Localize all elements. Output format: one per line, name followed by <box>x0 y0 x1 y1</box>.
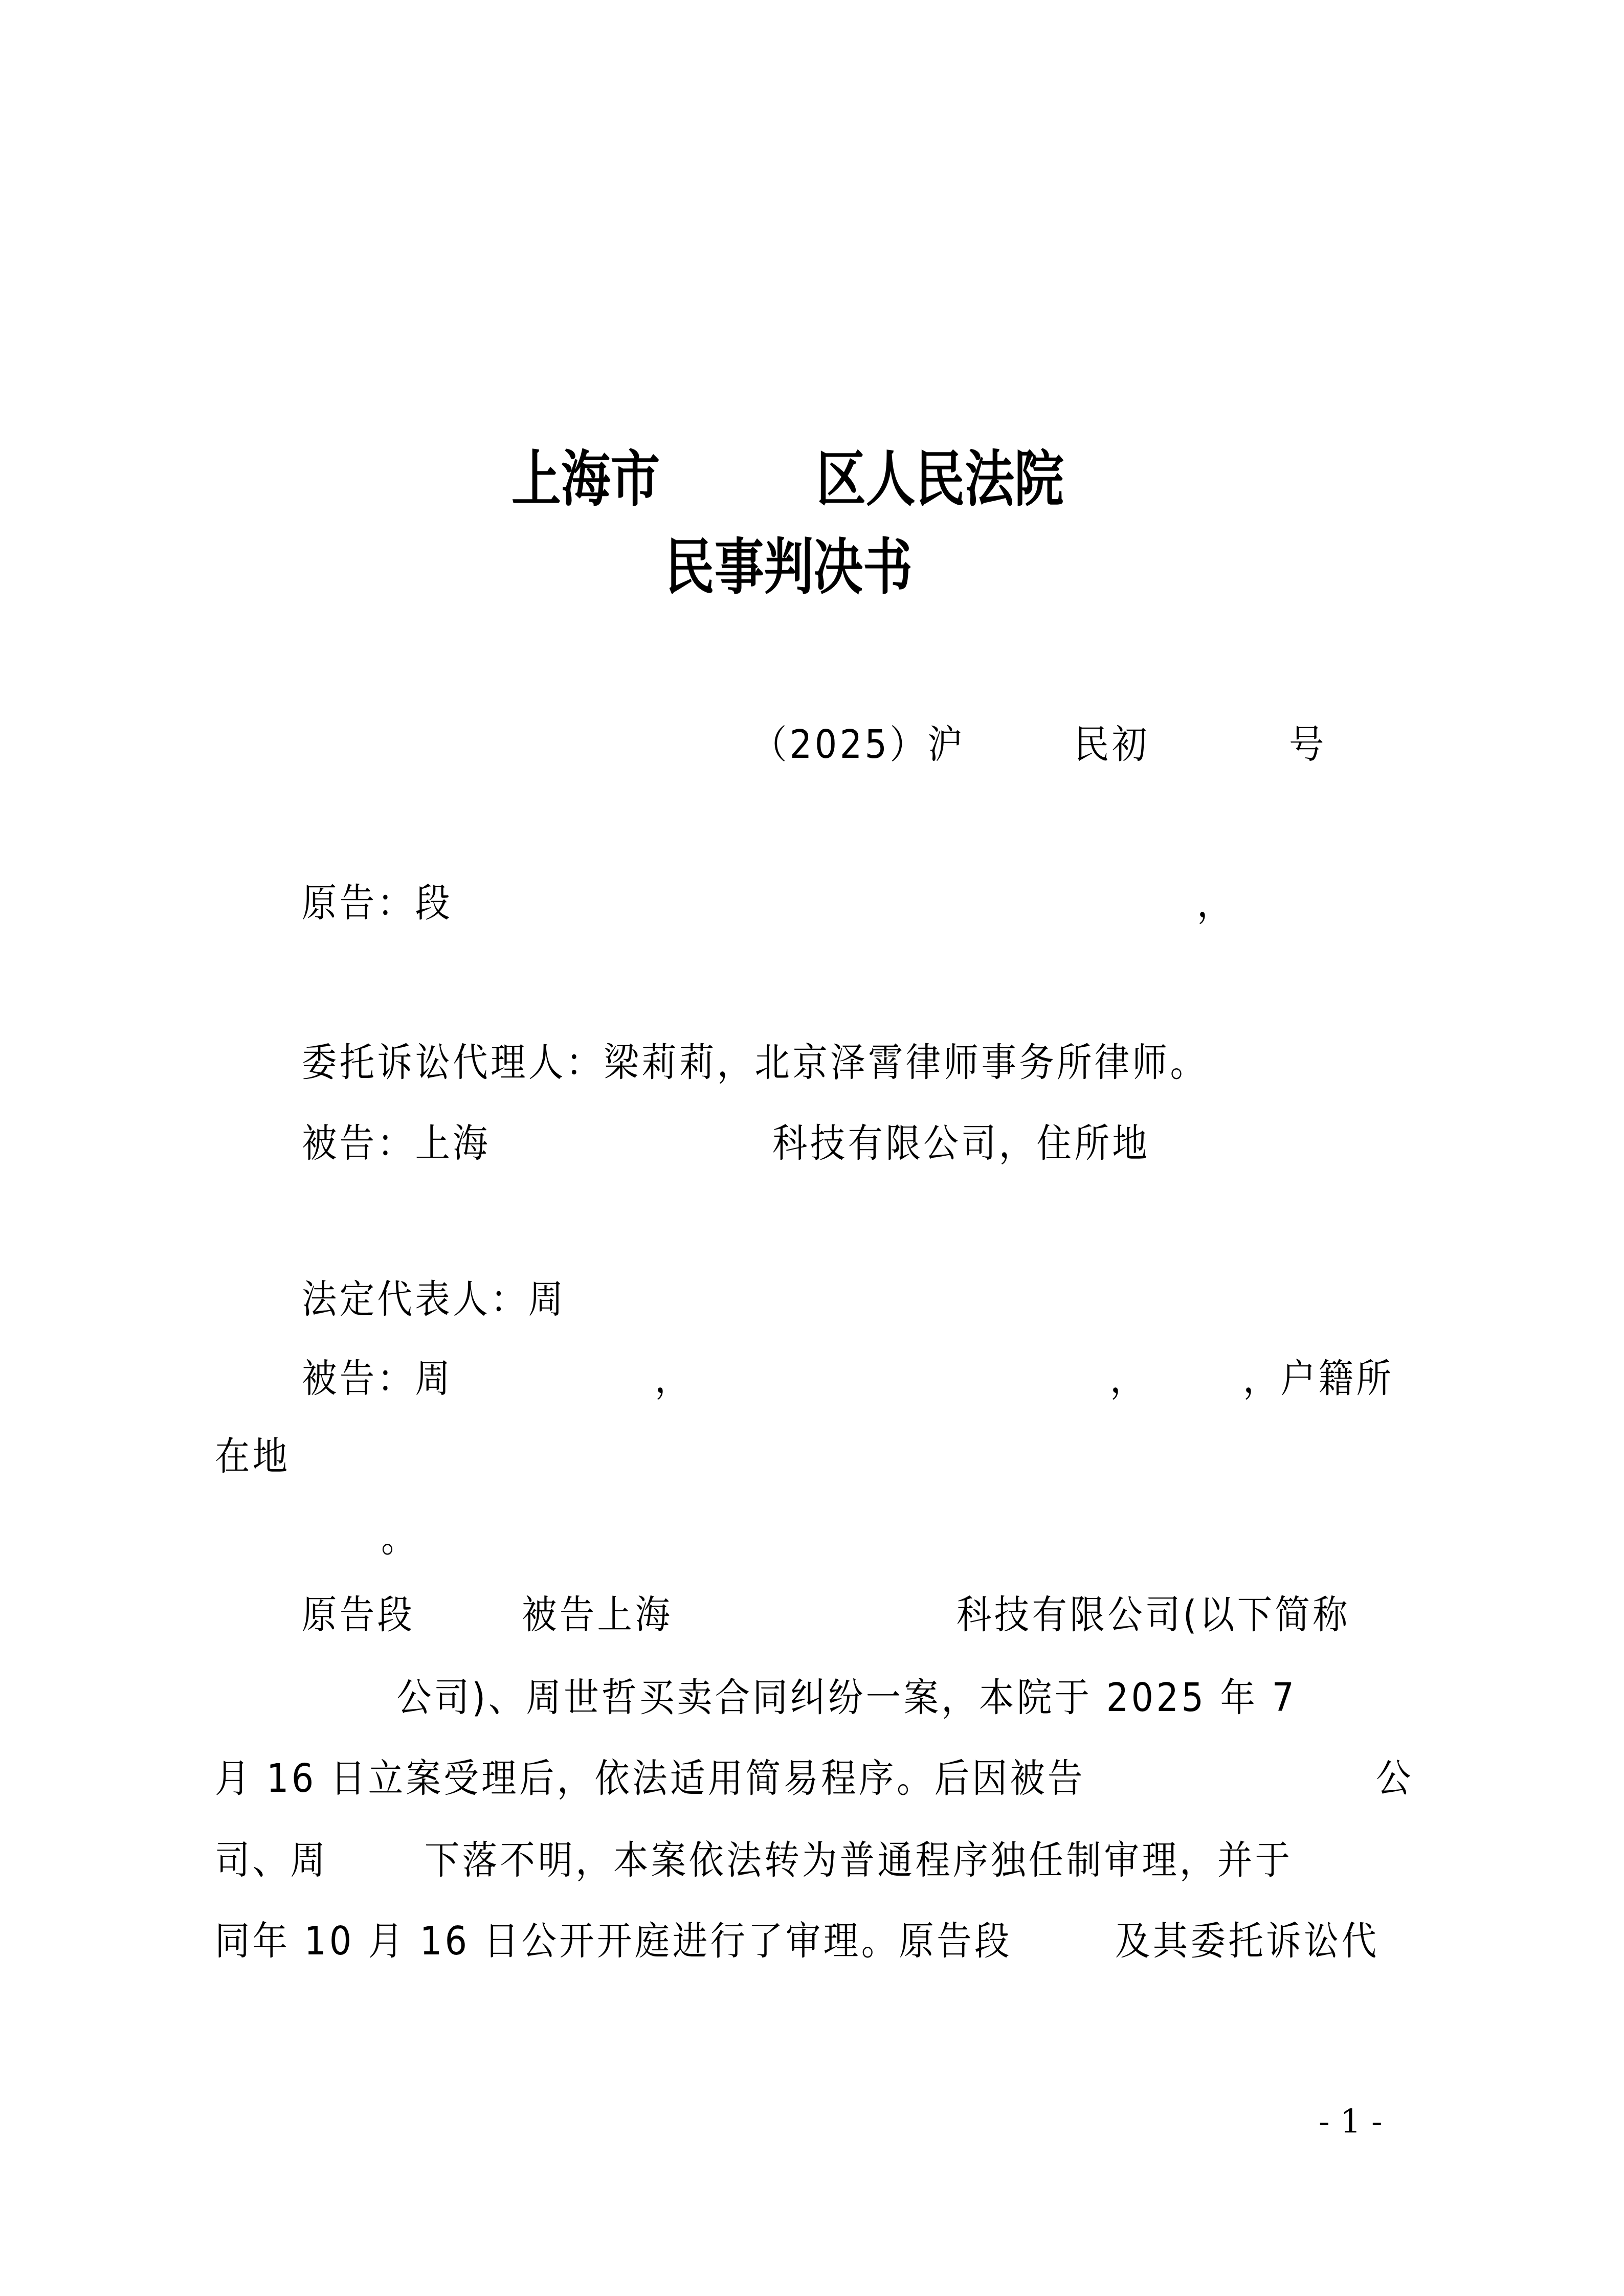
defendant2-comma1: ， <box>655 1359 693 1398</box>
body-line-5a: 同年 10 月 16 日公开开庭进行了审理。原告段 <box>215 1922 1012 1961</box>
legal-representative-line: 法定代表人：周 <box>302 1280 566 1319</box>
defendant2-comma2: ， <box>1110 1359 1148 1398</box>
body-line-5b: 及其委托诉讼代 <box>1115 1922 1380 1961</box>
body-line-4b: 下落不明，本案依法转为普通程序独任制审理，并于 <box>425 1841 1293 1880</box>
plaintiff-line: 原告：段 <box>302 884 453 922</box>
agent-line: 委托诉讼代理人：梁莉莉，北京泽霄律师事务所律师。 <box>302 1043 1208 1082</box>
case-number-year: （2025）沪 <box>752 725 965 764</box>
defendant2-prefix: 被告：周 <box>302 1359 453 1398</box>
body-line-1b: 被告上海 <box>522 1595 673 1634</box>
body-line-3b: 公 <box>1376 1759 1414 1798</box>
defendant1-suffix: 科技有限公司，住所地 <box>772 1124 1150 1163</box>
plaintiff-line-tail: ， <box>1197 884 1235 922</box>
page-number: - 1 - <box>1319 2106 1383 2139</box>
body-line-3a: 月 16 日立案受理后，依法适用简易程序。后因被告 <box>215 1759 1085 1798</box>
defendant1-prefix: 被告：上海 <box>302 1124 491 1163</box>
defendant2-line3: 。 <box>381 1519 419 1558</box>
document-page: 上海市 区人民法院 民事判决书 （2025）沪 民初 号 原告：段 ， 委托诉讼… <box>0 0 1624 2296</box>
body-line-2: 公司)、周世哲买卖合同纠纷一案，本院于 2025 年 7 <box>396 1678 1297 1717</box>
court-name-part2: 区人民法院 <box>816 449 1064 509</box>
court-name-part1: 上海市 <box>511 449 660 509</box>
body-line-1c: 科技有限公司(以下简称 <box>956 1595 1350 1634</box>
document-type-title: 民事判决书 <box>665 537 913 597</box>
defendant2-comma3: ，户籍所 <box>1243 1359 1394 1398</box>
case-number-suffix: 号 <box>1289 725 1327 764</box>
case-number-mid: 民初 <box>1074 725 1150 764</box>
body-line-1a: 原告段 <box>302 1595 415 1634</box>
defendant2-line2: 在地 <box>215 1437 291 1476</box>
body-line-4a: 司、周 <box>215 1841 328 1880</box>
